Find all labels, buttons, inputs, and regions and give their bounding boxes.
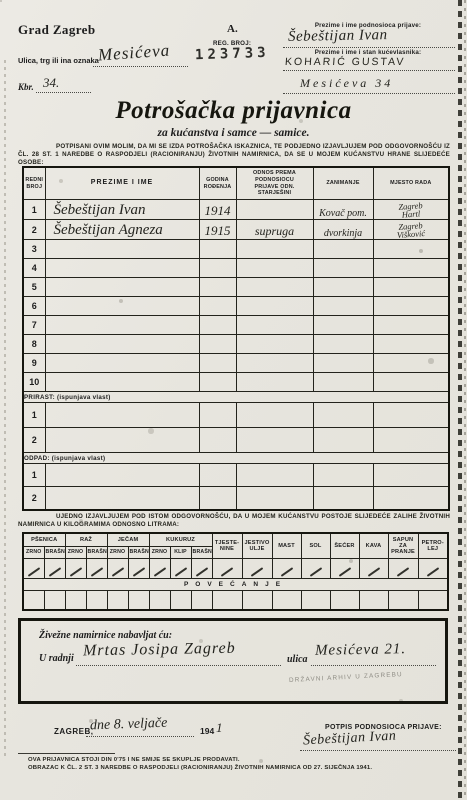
member-year (199, 354, 236, 373)
member-workplace (373, 316, 449, 335)
empty-cell (418, 590, 448, 610)
col-header-odnos: ODNOS PREMA PODNOSIOCU PRIJAVE ODN. STAR… (236, 167, 313, 200)
member-workplace (373, 240, 449, 259)
shop-in-shop-label: U radnji (39, 653, 74, 664)
row-number: 8 (23, 335, 45, 354)
street-line (93, 65, 188, 67)
empty-cell (45, 403, 199, 428)
prirast-row: 2 (23, 428, 449, 453)
slash-mark-icon (309, 567, 322, 577)
form-subtitle: za kućanstva i samce — samice. (0, 127, 467, 139)
supplies-group-header-row: PŠENICA RAŽ JEČAM KUKURUZ TJESTE- NINE J… (23, 533, 448, 546)
empty-cell (272, 590, 301, 610)
member-name (45, 373, 199, 392)
member-name: Šebeštijan Agneza (45, 220, 199, 240)
row-number: 1 (23, 403, 45, 428)
col-sapun: SAPUN ZA PRANJE (388, 533, 418, 558)
empty-cell (45, 428, 199, 453)
prirast-note: (ispunjava vlast) (57, 394, 111, 401)
slash-mark-icon (111, 567, 124, 577)
form-section-letter: A. (227, 23, 238, 35)
member-row: 8 (23, 335, 449, 354)
member-workplace (373, 297, 449, 316)
row-number: 2 (23, 428, 45, 453)
landlord-address-value: Mesićeva 34 (300, 76, 393, 91)
slash-mark-icon (280, 567, 293, 577)
stock-cell (44, 558, 65, 578)
member-year (199, 259, 236, 278)
slash-mark-icon (132, 567, 145, 577)
member-relation (236, 259, 313, 278)
povecanje-row: POVEĆANJE (23, 578, 448, 590)
member-workplace (373, 278, 449, 297)
sub-brasno: BRAŠNO (128, 546, 149, 558)
shop-value-line (76, 664, 281, 666)
row-number: 5 (23, 278, 45, 297)
row-number: 10 (23, 373, 45, 392)
member-occupation: dvorkinja (313, 220, 373, 240)
member-occupation (313, 335, 373, 354)
stock-cell (330, 558, 359, 578)
member-name (45, 259, 199, 278)
empty-cell (65, 590, 86, 610)
member-workplace (373, 335, 449, 354)
row-number: 9 (23, 354, 45, 373)
supplies-intro-text: UJEDNO IZJAVLJUJEM POD ISTOM ODGOVORNOŠĆ… (18, 513, 450, 529)
member-row: 7 (23, 316, 449, 335)
stock-cell (359, 558, 388, 578)
member-occupation (313, 373, 373, 392)
empty-cell (359, 590, 388, 610)
archive-stamp: DRŽAVNI ARHIV U ZAGREBU (289, 671, 403, 684)
member-relation (236, 373, 313, 392)
col-sol: SOL (301, 533, 330, 558)
col-petrolej: PETRO- LEJ (418, 533, 448, 558)
landlord-name-value: KOHARIĆ GUSTAV (285, 56, 406, 68)
shop-street-value: Mesićeva 21. (315, 641, 406, 660)
footer-divider (18, 753, 115, 754)
col-header-prezime-ime: PREZIME I IME (45, 167, 199, 200)
member-workplace: Zagreb Višković (372, 217, 449, 242)
member-relation (236, 316, 313, 335)
row-number: 1 (23, 200, 45, 220)
group-kukuruz: KUKURUZ (149, 533, 212, 546)
member-workplace (373, 354, 449, 373)
sub-zrno: ZRNO (107, 546, 128, 558)
member-name (45, 335, 199, 354)
slash-mark-icon (221, 567, 234, 577)
signature-handwritten: Šebeštijan Ivan (303, 729, 397, 750)
right-paper-edge (464, 0, 466, 800)
empty-cell (199, 428, 236, 453)
stock-cell (272, 558, 301, 578)
member-occupation (313, 354, 373, 373)
empty-cell (45, 464, 199, 487)
member-row: 4 (23, 259, 449, 278)
member-occupation (313, 316, 373, 335)
member-relation (236, 200, 313, 220)
empty-cell (199, 487, 236, 510)
member-relation (236, 240, 313, 259)
slash-mark-icon (397, 567, 410, 577)
right-binding-edge (458, 0, 462, 800)
street-label: Ulica, trg ili ina oznaka (18, 56, 99, 65)
odpad-label: ODPAD: (24, 455, 50, 462)
row-number: 1 (23, 464, 45, 487)
member-name (45, 240, 199, 259)
empty-cell (236, 428, 313, 453)
sub-zrno: ZRNO (23, 546, 44, 558)
landlord-name-label: Prezime i ime i stan kućevlasnika: (282, 49, 454, 56)
paper-noise (0, 0, 2, 2)
stock-cell (107, 558, 128, 578)
sub-klip: KLIP (170, 546, 191, 558)
shop-value: Mrtas Josipa Zagreb (83, 640, 236, 661)
empty-cell (45, 487, 199, 510)
city-header: Grad Zagreb (18, 22, 95, 38)
date-line (86, 735, 194, 737)
col-header-mjesto-rada: MJESTO RADA (373, 167, 449, 200)
empty-cell (170, 590, 191, 610)
col-kava: KAVA (359, 533, 388, 558)
member-year (199, 316, 236, 335)
prirast-label-row: PRIRAST: (ispunjava vlast) (23, 392, 449, 403)
empty-cell (301, 590, 330, 610)
reg-number-stamp: 123733 (195, 45, 270, 64)
odpad-note: (ispunjava vlast) (52, 455, 106, 462)
stock-cell (388, 558, 418, 578)
supplies-stock-row (23, 558, 448, 578)
empty-cell (212, 590, 242, 610)
sub-brasno: BRAŠNO (86, 546, 107, 558)
member-year (199, 240, 236, 259)
landlord-name-line (283, 69, 455, 71)
member-name: Šebeštijan Ivan (45, 200, 199, 220)
applicant-name-line (283, 46, 455, 48)
odpad-label-row: ODPAD: (ispunjava vlast) (23, 453, 449, 464)
empty-cell (191, 590, 212, 610)
slash-mark-icon (367, 567, 380, 577)
empty-cell (313, 403, 373, 428)
landlord-address-line (283, 92, 455, 94)
member-name (45, 297, 199, 316)
col-header-zanimanje: ZANIMANJE (313, 167, 373, 200)
member-row: 10 (23, 373, 449, 392)
slash-mark-icon (90, 567, 103, 577)
member-name (45, 278, 199, 297)
signature-line (300, 749, 456, 751)
empty-cell (86, 590, 107, 610)
stock-cell (418, 558, 448, 578)
house-number-value: 34. (43, 75, 59, 91)
empty-cell (373, 403, 449, 428)
shop-declaration-box: Živežne namirnice nabavljat ću: U radnji… (18, 618, 448, 704)
member-occupation (313, 278, 373, 297)
row-number: 7 (23, 316, 45, 335)
member-occupation (313, 297, 373, 316)
group-psenica: PŠENICA (23, 533, 65, 546)
group-raz: RAŽ (65, 533, 107, 546)
stock-cell (86, 558, 107, 578)
shop-heading: Živežne namirnice nabavljat ću: (39, 630, 172, 641)
row-number: 3 (23, 240, 45, 259)
shop-street-line (311, 664, 436, 666)
empty-cell (236, 464, 313, 487)
street-value: Mesićeva (97, 41, 170, 66)
slash-mark-icon (27, 567, 40, 577)
member-year (199, 373, 236, 392)
prirast-label: PRIRAST: (24, 394, 55, 401)
member-occupation (313, 259, 373, 278)
sub-zrno: ZRNO (149, 546, 170, 558)
empty-cell (149, 590, 170, 610)
member-relation (236, 278, 313, 297)
col-mast: MAST (272, 533, 301, 558)
date-handwritten: dne 8. veljače (90, 716, 168, 735)
member-row: 5 (23, 278, 449, 297)
member-year (199, 278, 236, 297)
slash-mark-icon (153, 567, 166, 577)
member-relation (236, 335, 313, 354)
stock-cell (212, 558, 242, 578)
year-printed: 194 (200, 726, 214, 736)
year-digit-handwritten: 1 (216, 720, 223, 736)
empty-cell (373, 464, 449, 487)
slash-mark-icon (48, 567, 61, 577)
stock-cell (65, 558, 86, 578)
declaration-text: POTPISANI OVIM MOLIM, DA MI SE IZDA POTR… (18, 143, 450, 166)
row-number: 2 (23, 487, 45, 510)
supplies-table: PŠENICA RAŽ JEČAM KUKURUZ TJESTE- NINE J… (22, 532, 449, 611)
member-workplace (373, 259, 449, 278)
col-tjestenine: TJESTE- NINE (212, 533, 242, 558)
member-row: 6 (23, 297, 449, 316)
member-name (45, 316, 199, 335)
empty-cell (23, 590, 44, 610)
col-jestivo-ulje: JESTIVO ULJE (242, 533, 272, 558)
member-row: 2 Šebeštijan Agneza 1915 supruga dvorkin… (23, 220, 449, 240)
empty-cell (199, 464, 236, 487)
empty-cell (44, 590, 65, 610)
odpad-row: 2 (23, 487, 449, 510)
form-title: Potrošačka prijavnica (0, 97, 467, 125)
slash-mark-icon (338, 567, 351, 577)
member-relation: supruga (236, 220, 313, 240)
col-secer: ŠEĆER (330, 533, 359, 558)
stock-cell (128, 558, 149, 578)
scanned-form-page: Grad Zagreb A. REG. BROJ: 123733 Prezime… (0, 0, 467, 800)
footer-note-price: OVA PRIJAVNICA STOJI DIN 0'75 I NE SMIJE… (28, 757, 240, 763)
sub-brasno: BRAŠNO (191, 546, 212, 558)
left-margin-marks (4, 60, 6, 760)
sub-brasno: BRAŠNO (44, 546, 65, 558)
stock-cell (23, 558, 44, 578)
empty-cell (236, 487, 313, 510)
footer-note-obrazac: OBRAZAC K ČL. 2 ST. 3 NAREDBE O RASPODJE… (28, 765, 372, 771)
slash-mark-icon (195, 567, 208, 577)
members-header-row: REDNI BROJ PREZIME I IME GODINA ROĐENJA … (23, 167, 449, 200)
empty-cell (313, 428, 373, 453)
empty-cell (199, 403, 236, 428)
stock-cell (170, 558, 191, 578)
member-row: 1 Šebeštijan Ivan 1914 Kovač pom. Zagreb… (23, 200, 449, 220)
supplies-empty-row (23, 590, 448, 610)
member-relation (236, 354, 313, 373)
member-row: 9 (23, 354, 449, 373)
shop-street-label: ulica (287, 654, 308, 665)
prirast-row: 1 (23, 403, 449, 428)
member-year (199, 335, 236, 354)
stock-cell (301, 558, 330, 578)
stock-cell (242, 558, 272, 578)
row-number: 2 (23, 220, 45, 240)
stock-cell (149, 558, 170, 578)
member-row: 3 (23, 240, 449, 259)
empty-cell (373, 428, 449, 453)
household-members-table: REDNI BROJ PREZIME I IME GODINA ROĐENJA … (22, 166, 450, 511)
member-year: 1915 (199, 220, 236, 240)
empty-cell (388, 590, 418, 610)
empty-cell (313, 487, 373, 510)
stock-cell (191, 558, 212, 578)
member-year: 1914 (199, 200, 236, 220)
member-year (199, 297, 236, 316)
member-occupation: Kovač pom. (313, 200, 373, 220)
row-number: 4 (23, 259, 45, 278)
empty-cell (107, 590, 128, 610)
slash-mark-icon (251, 567, 264, 577)
member-relation (236, 297, 313, 316)
empty-cell (373, 487, 449, 510)
slash-mark-icon (69, 567, 82, 577)
applicant-name-value: Šebeštijan Ivan (288, 27, 388, 46)
group-jecam: JEČAM (107, 533, 149, 546)
empty-cell (330, 590, 359, 610)
odpad-row: 1 (23, 464, 449, 487)
house-number-label: Kbr. (18, 82, 34, 92)
row-number: 6 (23, 297, 45, 316)
povecanje-label: POVEĆANJE (23, 578, 448, 590)
empty-cell (242, 590, 272, 610)
empty-cell (236, 403, 313, 428)
empty-cell (313, 464, 373, 487)
col-header-redni-broj: REDNI BROJ (23, 167, 45, 200)
col-header-godina: GODINA ROĐENJA (199, 167, 236, 200)
member-workplace (373, 373, 449, 392)
empty-cell (128, 590, 149, 610)
house-number-line (36, 91, 91, 93)
slash-mark-icon (174, 567, 187, 577)
sub-zrno: ZRNO (65, 546, 86, 558)
member-occupation (313, 240, 373, 259)
member-name (45, 354, 199, 373)
